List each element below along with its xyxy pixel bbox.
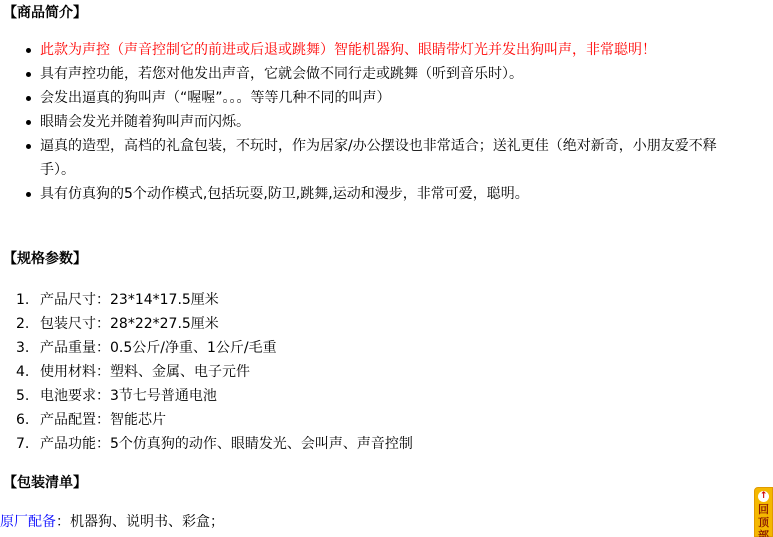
section-title-package: 【包装清单】 bbox=[3, 474, 87, 492]
list-item: 具有声控功能，若您对他发出声音，它就会做不同行走或跳舞（听到音乐时）。 bbox=[0, 62, 720, 86]
bullet-icon bbox=[26, 96, 31, 101]
spec-item: 3.产品重量：0.5公斤/净重、1公斤/毛重 bbox=[0, 336, 413, 360]
list-item: 逼真的造型，高档的礼盒包装，不玩时，作为居家/办公摆设也非常适合；送礼更佳（绝对… bbox=[0, 134, 720, 182]
up-arrow-icon: ↑ bbox=[758, 491, 769, 502]
back-to-top-label: 回顶部 bbox=[758, 503, 770, 537]
spec-item: 5.电池要求：3节七号普通电池 bbox=[0, 384, 413, 408]
bullet-icon bbox=[26, 144, 31, 149]
back-to-top-button[interactable]: ↑ 回顶部 bbox=[754, 487, 773, 537]
package-contents: 原厂配备：机器狗、说明书、彩盒； bbox=[0, 512, 224, 532]
bullet-icon bbox=[26, 192, 31, 197]
list-item: 眼睛会发光并随着狗叫声而闪烁。 bbox=[0, 110, 720, 134]
spec-item: 4.使用材料：塑料、金属、电子元件 bbox=[0, 360, 413, 384]
spec-item: 6.产品配置：智能芯片 bbox=[0, 408, 413, 432]
package-contents-text: ：机器狗、说明书、彩盒； bbox=[56, 514, 224, 530]
list-item: 会发出逼真的狗叫声（“喔喔”。。。等等几种不同的叫声） bbox=[0, 86, 720, 110]
bullet-icon bbox=[26, 72, 31, 77]
bullet-icon bbox=[26, 48, 31, 53]
spec-item: 2.包装尺寸：28*22*27.5厘米 bbox=[0, 312, 413, 336]
section-title-intro: 【商品简介】 bbox=[3, 4, 87, 22]
bullet-icon bbox=[26, 120, 31, 125]
list-item: 此款为声控（声音控制它的前进或后退或跳舞）智能机器狗、眼睛带灯光并发出狗叫声，非… bbox=[0, 38, 720, 62]
intro-bullet-list: 此款为声控（声音控制它的前进或后退或跳舞）智能机器狗、眼睛带灯光并发出狗叫声，非… bbox=[0, 38, 773, 206]
spec-item: 1.产品尺寸：23*14*17.5厘米 bbox=[0, 288, 413, 312]
specs-list: 1.产品尺寸：23*14*17.5厘米 2.包装尺寸：28*22*27.5厘米 … bbox=[0, 288, 413, 456]
original-accessories-link[interactable]: 原厂配备 bbox=[0, 514, 56, 530]
section-title-specs: 【规格参数】 bbox=[3, 250, 87, 268]
list-item: 具有仿真狗的5个动作模式,包括玩耍,防卫,跳舞,运动和漫步，非常可爱，聪明。 bbox=[0, 182, 720, 206]
spec-item: 7.产品功能：5个仿真狗的动作、眼睛发光、会叫声、声音控制 bbox=[0, 432, 413, 456]
